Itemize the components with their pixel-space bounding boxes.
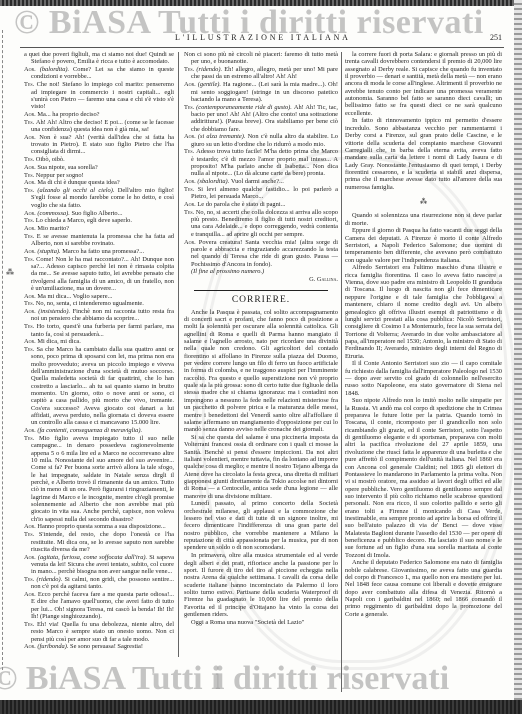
line-text: Eh! via! Quella fu una debolezza, niente… xyxy=(31,621,174,643)
scan-bottom-border xyxy=(0,700,522,714)
dialogue-line: Tes. Ho torto, quest'è una furberia per … xyxy=(24,323,174,338)
paragraph: Alfredo Serristori era l'ultimo maschio … xyxy=(345,264,502,359)
margin-mark: ⁂ xyxy=(6,268,14,277)
speaker-name: Tes. xyxy=(24,256,36,263)
watermark-bottom-left: © BiASA Tutti i xyxy=(0,660,221,698)
paragraph: Si sa che questa del salame è una piccin… xyxy=(184,434,338,500)
dialogue-line: Tes. Neppur per sogno! xyxy=(24,172,174,179)
dialogue-line: Tes. Lo chieda a Marco, egli deve saperl… xyxy=(24,217,174,224)
dialogue-line: Aor. Ma di chi è dunque questa idea? xyxy=(24,179,174,186)
speaker-name: Aor. xyxy=(24,427,37,434)
paragraph: Quando si solennizza una risurrezione no… xyxy=(345,212,502,227)
speaker-name: Aor. xyxy=(184,81,198,88)
watermark-bottom-mid: i diritti riservati xyxy=(215,660,449,698)
dialogue-line: Aor. Hanno proprio questa somma a sua di… xyxy=(24,523,174,530)
dialogue-line: Aor. Mi dica, mi dica. xyxy=(24,338,174,345)
line-text: Come! Non le ha mai raccontato?... Ah! D… xyxy=(31,256,174,292)
dialogue-line: Tes. No, no, senta, ci intenderemo ugual… xyxy=(24,300,174,307)
stage-direction: (ridendo). xyxy=(196,66,224,73)
line-text: Vuol darmi anche?... xyxy=(231,178,284,185)
speaker-name: Tes. xyxy=(24,576,36,583)
dialogue-line: Aor. Ma mi dica... Voglio sapere... xyxy=(24,293,174,300)
line-text: Sa che Marco ha cambiato dalla sua quatt… xyxy=(31,346,174,426)
speaker-name: Aor. xyxy=(24,66,40,73)
dialogue-line: Tes. (ridendo). Eh! allegro, allegro, me… xyxy=(184,66,338,81)
line-text: Povera creatura! Santa vecchia mia! (alt… xyxy=(191,239,338,268)
speaker-name: Tes. xyxy=(24,531,39,538)
line-text: Marco ha fatto una promessa?... xyxy=(62,248,144,255)
paragraph: Oggi a Roma una nuova "Società del Lazio… xyxy=(184,619,338,626)
speaker-name: Tes. xyxy=(184,148,196,155)
line-text: Mi dica, mi dica. xyxy=(37,338,80,345)
section-title-corriere: CORRIERE. xyxy=(184,297,338,304)
line-text: Ma mi dica... Voglio sapere... xyxy=(37,293,112,300)
line-text: Se sono persuasa! Sagrestia! xyxy=(70,643,143,650)
line-text: No, no, senta, ci intenderemo ugualmente… xyxy=(36,300,144,307)
stage-direction: (agitata, furiosa, come soffocata dall'i… xyxy=(38,554,149,561)
page-header: L'ILLUSTRAZIONE ITALIANA 251 xyxy=(20,33,510,47)
line-text: Ah! Ah! Altro che deciso! E poi... (come… xyxy=(31,119,174,133)
dialogue-line: Aor. Ecco perchè faceva fare a me questa… xyxy=(24,591,174,620)
dialogue-line: Tes. Si levi almeno qualche fastidio... … xyxy=(184,186,338,201)
dialogue-line: Tes. No, no, si accerti che colla dolcez… xyxy=(184,209,338,238)
dialogue-line: a quei due poveri figliuli, ma ci siamo … xyxy=(24,51,174,66)
scan-left-edge xyxy=(2,30,5,670)
column-3: la correre fuori di porta Salara: e gior… xyxy=(345,51,502,651)
dialogue-line: Tes. (contemporaneamente ride di gusto).… xyxy=(184,104,338,133)
dialogue-line: Tes. (alzando gli occhi al cielo). Dell'… xyxy=(24,187,174,209)
speaker-name: Tes. xyxy=(24,119,36,126)
speaker-name: Aor. xyxy=(24,591,38,598)
obituaries-text: Quando si solennizza una risurrezione no… xyxy=(345,212,502,618)
dialogue-line: Aor. (balordita). Come? Lei sa che siamo… xyxy=(24,66,174,81)
dialogue-line: Aor. (sbalordita). Vuol darmi anche?... xyxy=(184,178,338,185)
paragraph: Suo nipote Alfredo non lo imitò molto ne… xyxy=(345,397,502,559)
speaker-name: Aor. xyxy=(184,133,198,140)
stage-direction: (balordita). xyxy=(40,66,73,73)
speaker-name: Tes. xyxy=(24,156,36,163)
dialogue-line: Tes. Adesso trova tutto facile! M'ha det… xyxy=(184,148,338,177)
speaker-name: Tes. xyxy=(24,233,37,240)
speaker-name: Tes. xyxy=(24,300,36,307)
dialogue-line: Aor. Le do parola che è stato di pagni..… xyxy=(184,201,338,208)
paragraph: In primavera, oltre alla musica strument… xyxy=(184,552,338,618)
paragraph: Anche la Pasqua è passata, col solito ac… xyxy=(184,309,338,434)
scan-right-edge xyxy=(514,0,522,700)
stage-direction: (contemporaneamente ride di gusto). xyxy=(196,104,294,111)
column-2: Non ci sono più nè circoli nè piaceri: f… xyxy=(184,51,338,706)
line-text: Suo figlio Alberto... xyxy=(71,210,122,217)
stage-direction: (alzando gli occhi al cielo). xyxy=(37,187,117,194)
dialogue-line: Aor. Ma... ha proprio deciso? xyxy=(24,111,174,118)
line-text: S'intende, del resto, che dopo l'onestà … xyxy=(31,531,174,553)
line-text: a quei due poveri figliuli, ma ci siamo … xyxy=(24,51,174,65)
dialogue-line: Tes. Che noi! Stefano lo impiego col mar… xyxy=(24,81,174,110)
line-text: Hanno proprio questa somma a sua disposi… xyxy=(37,523,165,530)
speaker-name: Aor. xyxy=(24,338,37,345)
dialogue-line: Tes. E se avesse mantenuta la promessa c… xyxy=(24,233,174,248)
speaker-name: Tes. xyxy=(24,346,36,353)
speaker-name: Tes. xyxy=(184,209,196,216)
stage-direction: (fa contenti, conseguenza di meraviglia)… xyxy=(37,427,142,434)
line-text: Ecco perchè faceva fare a me questa part… xyxy=(31,591,174,620)
line-text: Sua nipote, sua sorella? xyxy=(37,164,97,171)
speaker-name: Aor. xyxy=(24,225,37,232)
speaker-name: Aor. xyxy=(184,178,197,185)
stage-direction: (furibonda). xyxy=(37,643,70,650)
stage-direction: (stupita). xyxy=(37,248,62,255)
dialogue-continuation: Non ci sono più nè circoli nè piaceri: f… xyxy=(184,51,338,268)
speaker-name: Aor. xyxy=(24,111,37,118)
line-text: Non è sua? Ah! (verità dall'idea che si … xyxy=(31,134,174,156)
line-text: Oibò, oibò. xyxy=(36,156,65,163)
speaker-name: Aor. xyxy=(24,643,37,650)
speaker-name: Aor. xyxy=(24,248,37,255)
dialogue-line: Tes. Sa che Marco ha cambiato dalla sua … xyxy=(24,346,174,427)
paragraph: la correre fuori di porta Salara: e gior… xyxy=(345,51,502,117)
speaker-name: Tes. xyxy=(24,323,37,330)
dialogue-line: Tes. (ridendo). Si calmi, non gridi, che… xyxy=(24,576,174,591)
speaker-name: Aor. xyxy=(184,201,197,208)
speaker-name: Aor. xyxy=(184,239,199,246)
paragraph: Eppure il giorno di Pasqua ha fatto vaca… xyxy=(345,227,502,264)
dialogue-line: Aor. Sua nipote, sua sorella? xyxy=(24,164,174,171)
asterism-separator: ⁂ xyxy=(345,199,502,206)
line-text: No, no, si accerti che colla dolcezza si… xyxy=(191,209,338,238)
speaker-name: Aor. xyxy=(24,554,38,561)
speaker-name: Aor. xyxy=(24,210,37,217)
line-text: Si levi almeno qualche fastidio... lo po… xyxy=(191,186,338,200)
speaker-name: Tes. xyxy=(24,621,37,628)
dialogue-line: Aor. (si alza tremante). Non c'è nulla a… xyxy=(184,133,338,148)
dialogue-line: Tes. Mio figlio aveva impiegato tutto il… xyxy=(24,435,174,523)
column-divider xyxy=(341,52,342,692)
dialogue-line: Aor. Non è sua? Ah! (verità dall'idea ch… xyxy=(24,134,174,156)
paragraph: Anche il deputato Federico Salomone era … xyxy=(345,559,502,618)
stage-direction: (sbalordita). xyxy=(197,178,231,185)
corriere-text: Anche la Pasqua è passata, col solito ac… xyxy=(184,309,338,626)
line-text: Lo chieda a Marco, egli deve saperlo. xyxy=(36,217,132,224)
line-text: Adesso trova tutto facile! M'ha detto pr… xyxy=(191,148,338,177)
line-text: Ma... ha proprio deciso? xyxy=(37,111,99,118)
dialogue-line: Aor. Mio marito? xyxy=(24,225,174,232)
speaker-name: Tes. xyxy=(24,217,36,224)
stage-direction: (insistendo). xyxy=(38,308,72,315)
speaker-name: Aor. xyxy=(24,134,39,141)
stage-direction: (si alza tremante). xyxy=(198,133,248,140)
speaker-name: Aor. xyxy=(24,308,38,315)
line-text: Che noi! Stefano lo impiego col marito: … xyxy=(31,81,174,110)
speaker-name: Tes. xyxy=(184,186,198,193)
speaker-name: Tes. xyxy=(24,187,37,194)
masthead: L'ILLUSTRAZIONE ITALIANA xyxy=(175,33,351,42)
stage-direction: (gentile). xyxy=(198,81,223,88)
dialogue-line: Aor. (gentile). Ha ragione... (Lei sarà … xyxy=(184,81,338,103)
speaker-name: Aor. xyxy=(24,523,37,530)
dialogue-line: Aor. (commossa). Suo figlio Alberto... xyxy=(24,210,174,217)
dialogue-line: Aor. (furibonda). Se sono persuasa! Sagr… xyxy=(24,643,174,650)
speaker-name: Tes. xyxy=(24,435,39,442)
line-text: Mio figlio aveva impiegato tutto il suo … xyxy=(31,435,174,523)
line-text: Le do parola che è stato di pagni... xyxy=(197,201,285,208)
stage-direction: (ridendo). xyxy=(36,576,64,583)
dialogue-line: Non ci sono più nè circoli nè piaceri: f… xyxy=(184,51,338,66)
article-end-rule xyxy=(194,290,328,291)
author-signature: G. Gallina. xyxy=(184,276,338,283)
line-text: Non ci sono più nè circoli nè piaceri: f… xyxy=(184,51,338,65)
line-text: Mio marito? xyxy=(37,225,69,232)
dialogue-line: Aor. (agitata, furiosa, come soffocata d… xyxy=(24,554,174,576)
paragraph: Lunedì passato, al primo concerto della … xyxy=(184,500,338,551)
column-1-dialogue: a quei due poveri figliuli, ma ci siamo … xyxy=(24,51,174,661)
dialogue-line: Aor. Povera creatura! Santa vecchia mia!… xyxy=(184,239,338,268)
line-text: Neppur per sogno! xyxy=(36,172,84,179)
speaker-name: Aor. xyxy=(24,293,37,300)
line-text: Ho torto, quest'è una furberia per farmi… xyxy=(31,323,174,337)
header-rule xyxy=(20,47,504,48)
line-text: E se avesse mantenuta la promessa che ha… xyxy=(31,233,174,247)
dialogue-line: Tes. Oibò, oibò. xyxy=(24,156,174,163)
speaker-name: Tes. xyxy=(184,104,196,111)
dialogue-line: Aor. (insistendo). Finchè non mi raccont… xyxy=(24,308,174,323)
dialogue-line: Tes. Ah! Ah! Altro che deciso! E poi... … xyxy=(24,119,174,134)
dialogue-line: Tes. S'intende, del resto, che dopo l'on… xyxy=(24,531,174,553)
line-text: Ma di chi è dunque questa idea? xyxy=(37,179,119,186)
dialogue-line: Aor. (stupita). Marco ha fatto una prome… xyxy=(24,248,174,255)
dialogue-line: Aor. (fa contenti, conseguenza di meravi… xyxy=(24,427,174,434)
to-be-continued-note: (Il fine al prossimo numero.) xyxy=(184,268,338,275)
speaker-name: Tes. xyxy=(24,172,36,179)
page-number: 251 xyxy=(490,33,502,42)
speaker-name: Tes. xyxy=(24,81,37,88)
speaker-name: Tes. xyxy=(184,66,196,73)
speaker-name: Aor. xyxy=(24,164,37,171)
dialogue-line: Tes. Come! Non le ha mai raccontato?... … xyxy=(24,256,174,293)
stage-direction: (commossa). xyxy=(37,210,71,217)
speaker-name: Aor. xyxy=(24,179,37,186)
paragraph: Il il Conte Antonio Serristori suo zio —… xyxy=(345,360,502,397)
corriere-text-continued: la correre fuori di porta Salara: e gior… xyxy=(345,51,502,191)
column-divider xyxy=(178,52,179,657)
paragraph: In fatto di rinnovamento ippico mi perme… xyxy=(345,117,502,190)
dialogue-line: Tes. Eh! via! Quella fu una debolezza, n… xyxy=(24,621,174,643)
